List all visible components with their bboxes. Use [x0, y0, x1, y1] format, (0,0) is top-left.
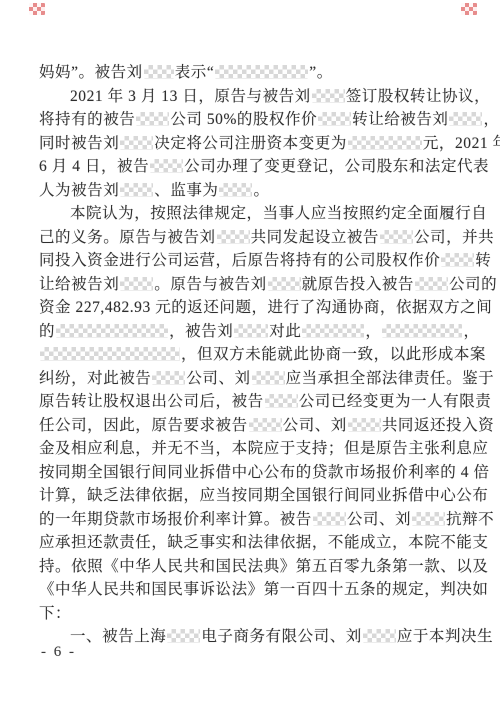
redaction-block [380, 230, 413, 244]
text-line: 的，被告刘对此，， [39, 320, 463, 344]
text-segment: 、监事为 [154, 182, 218, 199]
text-line: 妈妈”。被告刘表示“”。 [39, 61, 463, 85]
judgment-page: 妈妈”。被告刘表示“”。2021 年 3 月 13 日，原告与被告刘签订股权转让… [0, 0, 500, 707]
text-line: 2021 年 3 月 13 日，原告与被告刘签订股权转让协议， [39, 85, 463, 109]
text-segment: 本院认为，按照法律规定，当事人应当按照约定全面履行自 [70, 205, 487, 222]
text-segment: 同投入资金进行公司运营，后原告将持有的公司股权作价 [39, 252, 440, 269]
redaction-block [268, 277, 301, 291]
text-line: 金及相应利息，并无不当，本院应于支持；但是原告主张利息应 [39, 437, 463, 461]
redaction-block [249, 418, 282, 432]
text-segment: 公司已经变更为一人有限责 [299, 393, 492, 410]
redaction-block [150, 159, 183, 173]
text-segment: 共同返还投入资 [382, 417, 494, 434]
text-segment: 决定将公司注册资本变更为 [154, 135, 347, 152]
text-line: 人为被告刘、监事为。 [39, 179, 463, 203]
text-line: 纠纷，对此被告公司、刘应当承担全部法律责任。鉴于 [39, 367, 463, 391]
redaction-block [215, 65, 308, 79]
text-segment: 公司 50%的股权作价 [170, 111, 317, 128]
redaction-block [120, 277, 153, 291]
redaction-block [234, 324, 268, 338]
redaction-block [40, 347, 180, 361]
text-segment: 下： [39, 605, 71, 622]
redaction-block [144, 65, 174, 79]
document-text: 妈妈”。被告刘表示“”。2021 年 3 月 13 日，原告与被告刘签订股权转让… [39, 61, 463, 649]
redaction-block [56, 324, 168, 338]
redaction-block [302, 324, 364, 338]
red-stamp-mark [29, 3, 45, 15]
text-segment: 妈妈”。被告刘 [39, 64, 143, 81]
text-segment: 应承担还款责任，缺乏事实和法律依据，不能成立，本院不能支 [39, 534, 488, 551]
text-segment: 。原告与被告刘 [154, 276, 266, 293]
text-segment: 公司的 [449, 276, 497, 293]
text-line: 原告转让股权退出公司后，被告公司已经变更为一人有限责 [39, 390, 463, 414]
text-segment: 纠纷，对此被告 [39, 370, 151, 387]
redaction-block [120, 136, 153, 150]
text-segment: 计算，缺乏法律依据，应当按同期全国银行间同业拆借中心公布 [39, 487, 488, 504]
text-line: 持。依照《中华人民共和国民法典》第五百零九条第一款、以及 [39, 555, 463, 579]
text-segment: 应于本判决生 [397, 628, 493, 645]
redaction-block [412, 512, 445, 526]
text-segment: 公司，并共 [414, 229, 494, 246]
text-line: 己的义务。原告与被告刘共同发起设立被告公司，并共 [39, 226, 463, 250]
redaction-block [348, 136, 422, 150]
text-line: 将持有的被告公司 50%的股权作价转让给被告刘， [39, 108, 463, 132]
redaction-block [265, 394, 298, 408]
text-segment: 将持有的被告 [39, 111, 135, 128]
text-line: 应承担还款责任，缺乏事实和法律依据，不能成立，本院不能支 [39, 531, 463, 555]
text-segment: ”。 [309, 64, 332, 81]
text-segment: 金及相应利息，并无不当，本院应于支持；但是原告主张利息应 [39, 440, 488, 457]
text-segment: 公司、刘 [347, 511, 411, 528]
text-line: 任公司，因此，原告要求被告公司、刘共同返还投入资 [39, 414, 463, 438]
text-segment: 按同期全国银行间同业拆借中心公布的贷款市场报价利率的 4 倍 [39, 464, 490, 481]
redaction-block [312, 89, 345, 103]
redaction-block [217, 230, 250, 244]
text-line: 下： [39, 602, 463, 626]
text-segment: 资金 227,482.93 元的返还问题，进行了沟通协商，依据双方之间 [39, 299, 492, 316]
text-segment: ，被告刘 [169, 323, 233, 340]
text-segment: 同时被告刘 [39, 135, 119, 152]
text-segment: 己的义务。原告与被告刘 [39, 229, 216, 246]
text-segment: 就原告投入被告 [302, 276, 414, 293]
redaction-block [318, 112, 351, 126]
text-segment: 共同发起设立被告 [251, 229, 379, 246]
text-segment: 任公司，因此，原告要求被告 [39, 417, 248, 434]
page-number: - 6 - [41, 644, 76, 661]
text-segment: 签订股权转让协议， [346, 88, 490, 105]
text-line: 同投入资金进行公司运营，后原告将持有的公司股权作价转 [39, 249, 463, 273]
text-segment: 公司、刘 [283, 417, 347, 434]
redaction-block [167, 629, 200, 643]
text-segment: ， [463, 323, 479, 340]
text-line: 《中华人民共和国民事诉讼法》第一百四十五条的规定，判决如 [39, 578, 463, 602]
text-line: 的一年期贷款市场报价利率计算。被告公司、刘抗辩不 [39, 508, 463, 532]
text-segment: 抗辩不 [446, 511, 494, 528]
text-segment: 对此 [269, 323, 301, 340]
text-segment: 人为被告刘 [39, 182, 119, 199]
text-segment: 的一年期贷款市场报价利率计算。被告 [39, 511, 312, 528]
text-segment: 公司、刘 [186, 370, 250, 387]
redaction-block [219, 183, 252, 197]
text-segment: 电子商务有限公司、刘 [201, 628, 362, 645]
text-line: 计算，缺乏法律依据，应当按同期全国银行间同业拆借中心公布 [39, 484, 463, 508]
redaction-block [152, 371, 185, 385]
redaction-block [136, 112, 169, 126]
text-segment: 6 月 4 日，被告 [39, 158, 149, 175]
text-segment: 的 [39, 323, 55, 340]
redaction-block [415, 277, 448, 291]
text-segment: ，但双方未能就此协商一致，以此形成本案 [181, 346, 486, 363]
text-line: ，但双方未能就此协商一致，以此形成本案 [39, 343, 463, 367]
text-segment: 公司办理了变更登记，公司股东和法定代表 [184, 158, 489, 175]
text-line: 本院认为，按照法律规定，当事人应当按照约定全面履行自 [39, 202, 463, 226]
text-line: 让给被告刘。原告与被告刘就原告投入被告公司的 [39, 273, 463, 297]
redaction-block [449, 112, 482, 126]
text-line: 一、被告上海电子商务有限公司、刘应于本判决生 [39, 625, 463, 649]
text-segment: 持。依照《中华人民共和国民法典》第五百零九条第一款、以及 [39, 558, 488, 575]
redaction-block [120, 183, 153, 197]
redaction-block [363, 629, 396, 643]
text-segment: 原告转让股权退出公司后，被告 [39, 393, 264, 410]
text-segment: 让给被告刘 [39, 276, 119, 293]
text-segment: 《中华人民共和国民事诉讼法》第一百四十五条的规定，判决如 [39, 581, 488, 598]
text-segment: 一、被告上海 [70, 628, 166, 645]
text-segment: 表示“ [175, 64, 215, 81]
red-stamp-mark [461, 3, 477, 15]
text-line: 6 月 4 日，被告公司办理了变更登记，公司股东和法定代表 [39, 155, 463, 179]
text-segment: 转 [475, 252, 491, 269]
text-segment: ， [483, 111, 499, 128]
text-line: 同时被告刘决定将公司注册资本变更为元，2021 年 [39, 132, 463, 156]
redaction-block [348, 418, 381, 432]
text-segment: ， [365, 323, 381, 340]
text-segment: 转让给被告刘 [352, 111, 448, 128]
text-segment: 元，2021 年 [423, 135, 500, 152]
text-segment: 2021 年 3 月 13 日，原告与被告刘 [70, 88, 311, 105]
redaction-block [441, 253, 474, 267]
redaction-block [313, 512, 346, 526]
text-segment: 。 [253, 182, 269, 199]
text-segment: 应当承担全部法律责任。鉴于 [286, 370, 495, 387]
redaction-block [382, 324, 462, 338]
text-line: 按同期全国银行间同业拆借中心公布的贷款市场报价利率的 4 倍 [39, 461, 463, 485]
redaction-block [252, 371, 285, 385]
text-line: 资金 227,482.93 元的返还问题，进行了沟通协商，依据双方之间 [39, 296, 463, 320]
